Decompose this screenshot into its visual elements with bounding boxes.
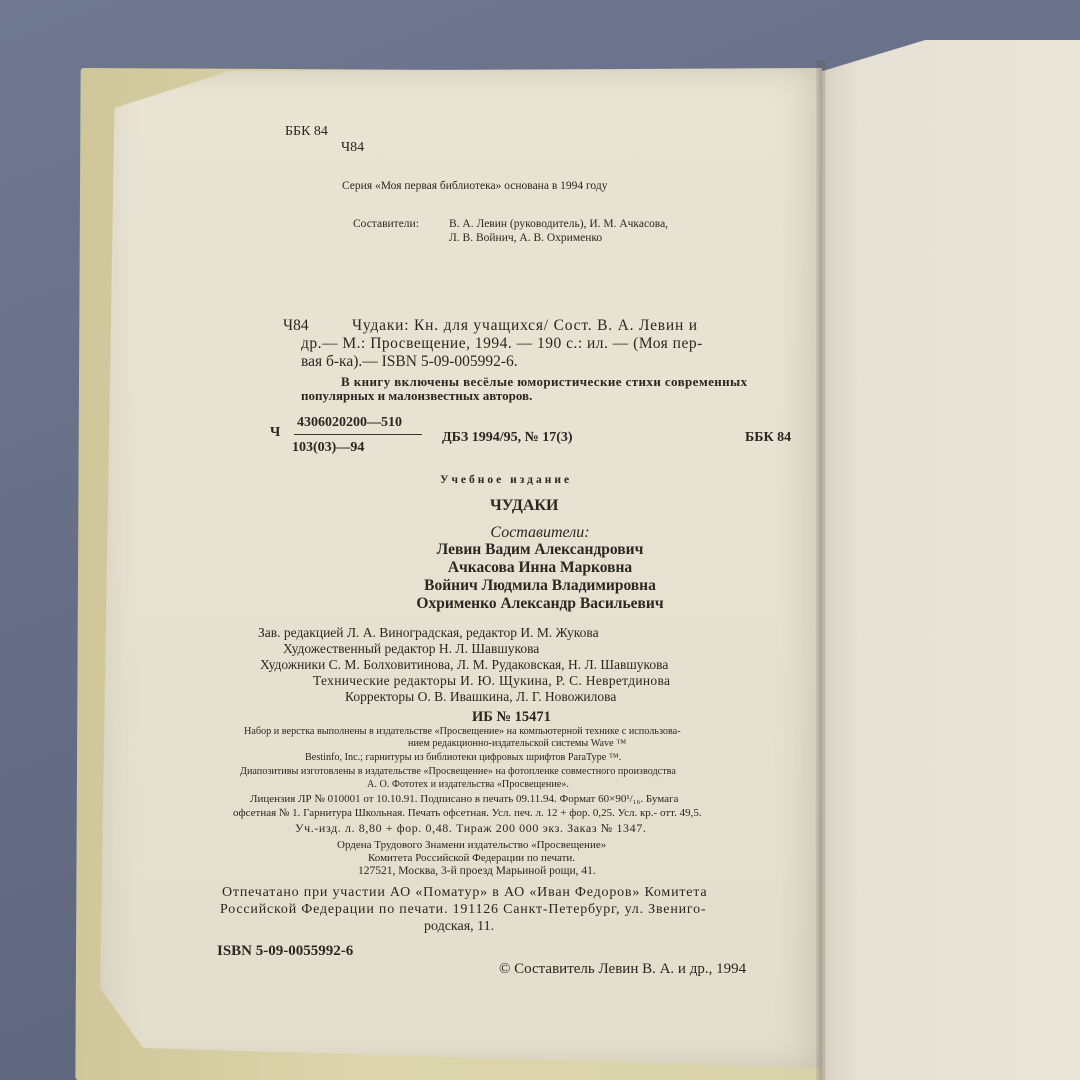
compiler-name: Охрименко Александр Васильевич [230, 595, 850, 613]
fraction-line [294, 434, 422, 435]
staff-line: Художники С. М. Болховитинова, Л. М. Руд… [260, 657, 668, 673]
annotation-line-2: популярных и малоизвестных авторов. [301, 388, 532, 404]
production-line: Набор и верстка выполнены в издательстве… [244, 726, 681, 737]
publisher-line: Комитета Российской Федерации по печати. [368, 852, 575, 864]
printer-line: родская, 11. [424, 919, 494, 935]
compiler-name: Войнич Людмила Владимировна [230, 577, 850, 595]
series-line: Серия «Моя первая библиотека» основана в… [342, 180, 607, 192]
compilers-heading: Составители: [200, 524, 850, 542]
class-letter: Ч [270, 425, 280, 441]
production-line: А. О. Фототех и издательства «Просвещени… [367, 779, 569, 790]
dbz-number: ДБЗ 1994/95, № 17(3) [442, 430, 573, 446]
staff-line: Корректоры О. В. Ивашкина, Л. Г. Новожил… [345, 689, 616, 705]
compilers-names: Левин Вадим Александрович Ачкасова Инна … [200, 541, 850, 613]
isbn-footer: ISBN 5-09-0055992-6 [217, 943, 353, 960]
printer-line: Российской Федерации по печати. 191126 С… [220, 902, 706, 918]
catalog-line-2: др.— М.: Просвещение, 1994. — 190 с.: ил… [301, 335, 703, 353]
bbk-label: ББК 84 [285, 124, 328, 140]
staff-line: Технические редакторы И. Ю. Щукина, Р. С… [313, 673, 670, 689]
ib-number: ИБ № 15471 [472, 709, 551, 726]
author-mark: Ч84 [341, 140, 364, 156]
catalog-mark: Ч84 [283, 317, 309, 335]
compilers-line-1: В. А. Левин (руководитель), И. М. Ачкасо… [449, 218, 668, 230]
production-line: Диапозитивы изготовлены в издательстве «… [240, 766, 676, 777]
compilers-line-2: Л. В. Войнич, А. В. Охрименко [449, 232, 602, 244]
compilers-label: Составители: [353, 218, 419, 230]
production-line: Уч.-изд. л. 8,80 + фор. 0,48. Тираж 200 … [295, 821, 646, 836]
compiler-name: Ачкасова Инна Марковна [230, 559, 850, 577]
publisher-line: 127521, Москва, 3-й проезд Марьиной рощи… [358, 865, 596, 877]
printer-line: Отпечатано при участии АО «Поматур» в АО… [222, 885, 707, 901]
bbk-right: ББК 84 [745, 430, 791, 446]
class-numerator: 4306020200—510 [297, 415, 402, 431]
imprint-text-block: ББК 84 Ч84 Серия «Моя первая библиотека»… [200, 110, 820, 990]
production-line: нием редакционно-издательской системы Wa… [408, 738, 626, 749]
book-title: ЧУДАКИ [490, 497, 558, 515]
copyright-line: © Составитель Левин В. А. и др., 1994 [499, 961, 746, 978]
edition-type: Учебное издание [440, 474, 572, 486]
production-line: Bestinfo, Inc.; гарнитуры из библиотеки … [305, 752, 621, 763]
compiler-name: Левин Вадим Александрович [230, 541, 850, 559]
production-line: офсетная № 1. Гарнитура Школьная. Печать… [233, 807, 702, 819]
production-line: Лицензия ЛР № 010001 от 10.10.91. Подпис… [250, 793, 678, 805]
class-denominator: 103(03)—94 [292, 440, 364, 456]
catalog-line-3: вая б-ка).— ISBN 5-09-005992-6. [301, 353, 518, 371]
publisher-line: Ордена Трудового Знамени издательство «П… [337, 839, 606, 851]
catalog-line-1: Чудаки: Кн. для учащихся/ Сост. В. А. Ле… [352, 317, 698, 335]
staff-line: Художественный редактор Н. Л. Шавшукова [283, 641, 539, 657]
staff-line: Зав. редакцией Л. А. Виноградская, редак… [258, 625, 599, 641]
right-page-blank [822, 40, 1080, 1080]
